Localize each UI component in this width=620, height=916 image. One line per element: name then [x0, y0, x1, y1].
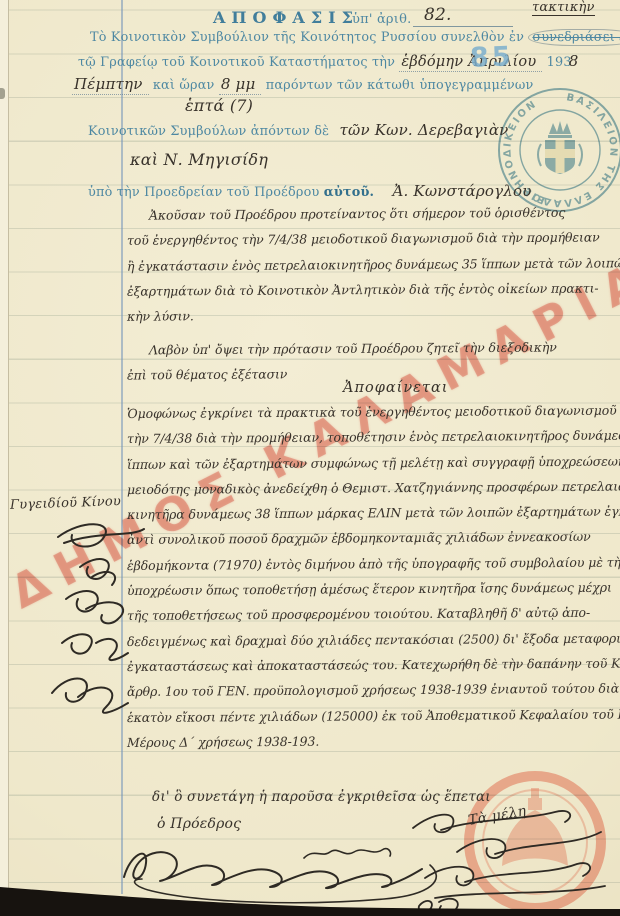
line5-text: Κοινοτικῶν Συμβούλων ἀπόντων δὲ [88, 124, 329, 139]
margin-signatures [40, 515, 160, 730]
body-line: ὑποχρέωσιν ὅπως τοποθετήσῃ ἀμέσως ἕτερον… [127, 579, 620, 608]
body-line: ἑκατὸν εἴκοσι πέντε χιλιάδων (125000) ἐκ… [127, 706, 620, 735]
royal-seal-stamp: ΒΑΣΙΛΕΙΟΝ ΤΗΣ ΕΛΛΑΔΟΣ ΕΙΡΗΝΟΔΙΚΕΙΟΝ [495, 84, 620, 224]
number-label: ὑπ' ἀριθ. [352, 12, 411, 27]
body-line: ἄρθρ. 1ου τοῦ ΓΕΝ. προϋπολογισμοῦ χρήσεω… [127, 680, 620, 709]
binding-notch [0, 88, 5, 99]
body-line: Λαβὸν ὑπ' ὄψει τὴν πρότασιν τοῦ Προέδρου… [127, 340, 557, 368]
line7-bold: αὐτοῦ. [324, 185, 374, 200]
printed-year: 193 [547, 55, 572, 70]
handwritten-president-name: Ἀ. Κωνστάρογλου [392, 182, 531, 200]
handwritten-count: ἑπτά (7) [185, 96, 253, 115]
body-line: ἵππων καὶ τῶν ἐξαρτημάτων συμφώνως τῇ με… [127, 453, 620, 482]
body-line: τὴν 7/4/38 διὰ τὴν προμήθειαν, τοποθέτησ… [127, 427, 620, 456]
body-line: ἐγκαταστάσεως καὶ ἀποκαταστάσεώς του. Κα… [127, 655, 620, 684]
body-line: ἐπὶ τοῦ θέματος ἐξέτασιν [127, 365, 557, 393]
body-paragraph-3: Ὁμοφώνως ἐγκρίνει τὰ πρακτικὰ τοῦ ἐνεργη… [127, 404, 620, 758]
body-line: Ἀκοῦσαν τοῦ Προέδρου προτείναντος ὅτι σή… [127, 204, 620, 233]
body-line: ἑβδομήκοντα (71970) ἐντὸς διμήνου ἀπὸ τῆ… [127, 554, 620, 583]
scanned-document-page: ΒΑΣΙΛΕΙΟΝ ΤΗΣ ΕΛΛΑΔΟΣ ΕΙΡΗΝΟΔΙΚΕΙΟΝ ΔΗΜΟ… [0, 0, 620, 916]
page-number-stamp: 85 [469, 41, 514, 74]
body-line: κὴν λύσιν. [127, 305, 620, 334]
handwritten-day: Πέμπτην [72, 75, 149, 95]
body-paragraph-2: Λαβὸν ὑπ' ὄψει τὴν πρότασιν τοῦ Προέδρου… [127, 341, 557, 392]
line3-suffix: παρόντων τῶν κάτωθι ὑπογεγραμμένων [266, 78, 534, 93]
number-underline [413, 26, 513, 27]
crown-shield-emblem [538, 121, 582, 174]
handwritten-year-digit: 8 [569, 52, 579, 70]
printed-line-7: ὑπὸ τὴν Προεδρείαν τοῦ Προέδρου αὐτοῦ. Ἀ… [88, 182, 532, 200]
decision-word: Ἀποφαίνεται [343, 380, 448, 396]
handwritten-absent-2: καὶ Ν. Μηγισίδη [130, 150, 268, 169]
printed-line-2: τῷ Γραφείῳ τοῦ Κοινοτικοῦ Καταστήματος τ… [78, 52, 620, 70]
body-line: ἢ ἐγκατάστασιν ἑνὸς πετρελαιοκινητῆρος δ… [127, 255, 620, 284]
body-line: Ὁμοφώνως ἐγκρίνει τὰ πρακτικὰ τοῦ ἐνεργη… [127, 402, 620, 431]
body-paragraph-1: Ἀκοῦσαν τοῦ Προέδρου προτείναντος ὅτι σή… [127, 206, 620, 332]
line3-mid: καὶ ὥραν [153, 78, 215, 93]
handwritten-hour: 8 μμ [219, 75, 262, 95]
handwritten-correction: τακτικὴν [532, 0, 595, 16]
page-left-edge [0, 0, 9, 916]
line7-text: ὑπὸ τὴν Προεδρείαν τοῦ Προέδρου [88, 185, 324, 200]
body-line: μειοδότης μοναδικὸς ἀνεδείχθη ὁ Θεμιστ. … [127, 478, 620, 507]
printed-line-1: Τὸ Κοινοτικὸν Συμβούλιον τῆς Κοινότητος … [90, 30, 620, 45]
secretary-initials [300, 842, 395, 866]
printed-line-5: Κοινοτικῶν Συμβούλων ἀπόντων δὲ τῶν Κων.… [88, 121, 508, 139]
printed-line-3: Πέμπτην καὶ ὥραν 8 μμ παρόντων τῶν κάτωθ… [72, 75, 534, 93]
body-line: Μέρους Δ΄ χρήσεως 1938-193. [127, 731, 620, 760]
decision-number: 82. [424, 5, 452, 25]
line1-text: Τὸ Κοινοτικὸν Συμβούλιον τῆς Κοινότητος … [90, 30, 524, 45]
scan-bottom-edge [0, 886, 620, 916]
body-line: ἐξαρτημάτων διὰ τὸ Κοινοτικὸν Ἀντλητικὸν… [127, 280, 620, 309]
line2-prefix: τῷ Γραφείῳ τοῦ Κοινοτικοῦ Καταστήματος τ… [78, 55, 395, 70]
margin-note: Γυγειδίοῦ Κίνου [10, 494, 121, 513]
body-line: τοῦ ἐνεργηθέντος τὴν 7/4/38 μειοδοτικοῦ … [127, 230, 620, 259]
body-line: τῆς τοποθετήσεως τοῦ προσφερομένου τοιού… [127, 604, 620, 633]
handwritten-absent: τῶν Κων. Δερεβαγιὰν [340, 121, 509, 139]
body-line: δεδειγμένως καὶ δραχμαὶ δύο χιλιάδες πεν… [127, 630, 620, 659]
struck-phrase: συνεδριάσει ἐν [528, 29, 620, 46]
body-line: ἀντὶ συνολικοῦ ποσοῦ δραχμῶν ἑβδομηκοντα… [127, 528, 620, 557]
document-title: ΑΠΟΦΑΣΙΣ [213, 8, 359, 27]
